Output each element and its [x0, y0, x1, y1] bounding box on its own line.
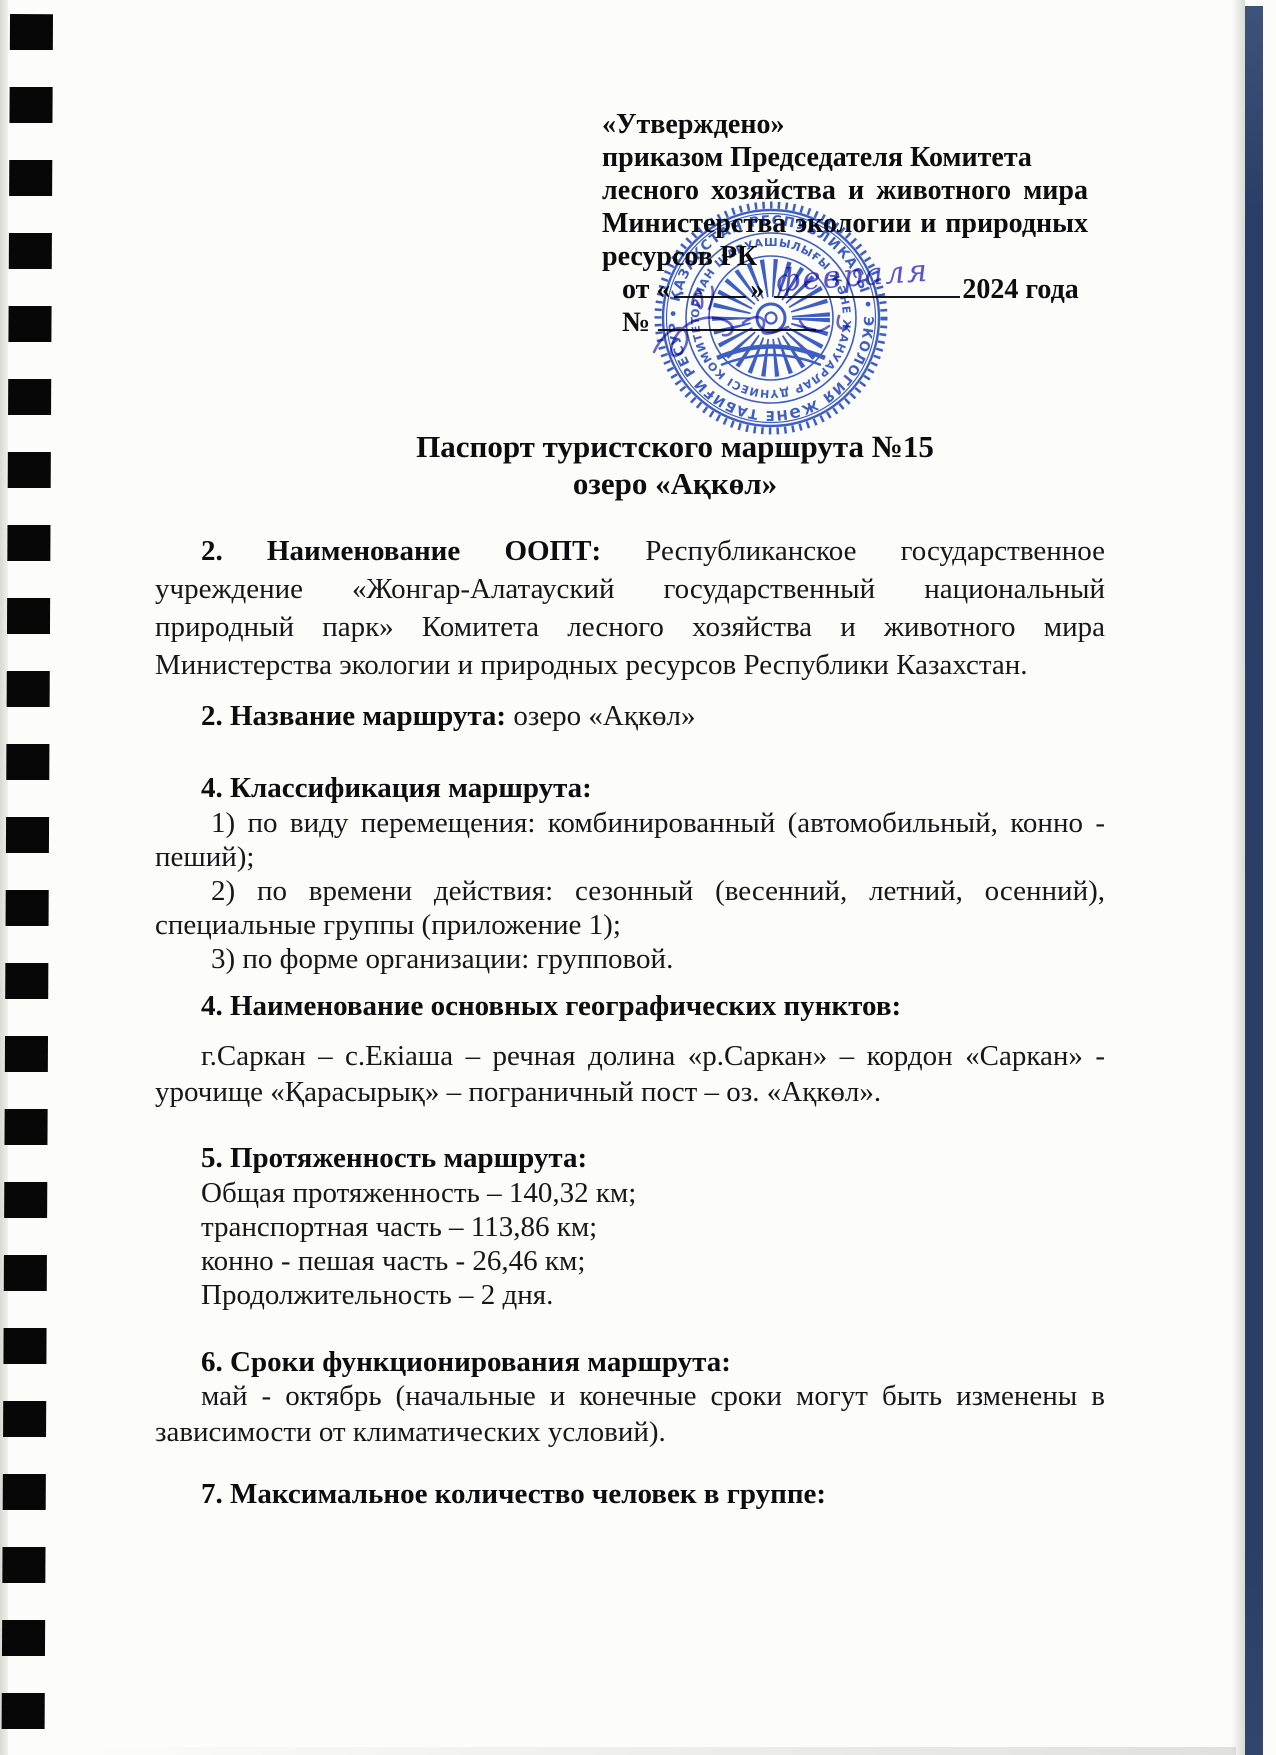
section-route-name-label: 2. Название маршрута:	[201, 700, 506, 732]
signature-scribble	[654, 316, 848, 356]
text-line: учреждение «Жонгар-Алатауский государств…	[155, 570, 1105, 608]
text-line: транспортная часть – 113,86 км;	[201, 1210, 1105, 1244]
section-classification-items: 1) по виду перемещения: комбинированный …	[155, 806, 1105, 976]
section-dates-heading: 6. Сроки функционирования маршрута:	[155, 1344, 1105, 1380]
binding-strip	[1, 14, 53, 1754]
text-line: пеший);	[155, 840, 1105, 874]
text-line: 2. Наименование ООПТ: Республиканское го…	[155, 532, 1105, 570]
section-length: 5. Протяженность маршрута:	[155, 1140, 1105, 1176]
section-dates-text: май - октябрь (начальные и конечные срок…	[155, 1378, 1105, 1450]
section-max-group: 7. Максимальное количество человек в гру…	[155, 1476, 1105, 1512]
section-geo-points: 4. Наименование основных географических …	[155, 988, 1105, 1024]
text-line: Продолжительность – 2 дня.	[201, 1278, 1105, 1312]
text-line: урочище «Қарасырық» – пограничный пост –…	[155, 1074, 1105, 1110]
handwritten-day-scribble	[692, 287, 713, 309]
ink-signature-overlay	[580, 240, 1020, 390]
text-line: 3) по форме организации: групповой.	[155, 942, 1105, 976]
text-line: 2. Название маршрута: озеро «Ақкөл»	[155, 698, 1105, 734]
text-line: май - октябрь (начальные и конечные срок…	[155, 1378, 1105, 1414]
section-oopt: 2. Наименование ООПТ: Республиканское го…	[155, 532, 1105, 684]
text-line: 2) по времени действия: сезонный (весенн…	[155, 874, 1105, 908]
section-geo-text: г.Саркан – с.Екіаша – речная долина «р.С…	[155, 1038, 1105, 1110]
page-right-navy-edge	[1245, 6, 1263, 1755]
section-operating-dates: 6. Сроки функционирования маршрута:	[155, 1344, 1105, 1380]
page-scan: «Утверждено» приказом Председателя Комит…	[0, 0, 1276, 1755]
text-line: конно - пешая часть - 26,46 км;	[201, 1244, 1105, 1278]
document-subtitle: озеро «Ақкөл»	[200, 467, 1150, 501]
text-run: Республиканское государственное	[601, 535, 1105, 567]
text-line: Общая протяженность – 140,32 км;	[201, 1176, 1105, 1210]
approval-line-1: «Утверждено»	[602, 108, 1088, 141]
text-line: г.Саркан – с.Екіаша – речная долина «р.С…	[155, 1038, 1105, 1074]
section-route-name: 2. Название маршрута: озеро «Ақкөл»	[155, 698, 1105, 734]
text-line: Министерства экологии и природных ресурс…	[155, 646, 1105, 684]
text-line: 1) по виду перемещения: комбинированный …	[155, 806, 1105, 840]
page-edge-shadow	[1231, 0, 1245, 1755]
text-line: специальные группы (приложение 1);	[155, 908, 1105, 942]
bottom-edge-shadow	[70, 1747, 1236, 1755]
document-title-block: Паспорт туристского маршрута №15 озеро «…	[200, 430, 1150, 501]
section-classification: 4. Классификация маршрута:	[155, 770, 1105, 806]
section-max-group-heading: 7. Максимальное количество человек в гру…	[155, 1476, 1105, 1512]
section-length-heading: 5. Протяженность маршрута:	[155, 1140, 1105, 1176]
section-geo-heading: 4. Наименование основных географических …	[155, 988, 1105, 1024]
section-length-lines: Общая протяженность – 140,32 км; транспо…	[155, 1176, 1105, 1312]
text-line: природный парк» Комитета лесного хозяйст…	[155, 608, 1105, 646]
text-line: зависимости от климатических условий).	[155, 1414, 1105, 1450]
document-title: Паспорт туристского маршрута №15	[200, 430, 1150, 464]
section-oopt-label: 2. Наименование ООПТ:	[201, 535, 601, 567]
text-run: озеро «Ақкөл»	[506, 700, 695, 732]
section-classification-heading: 4. Классификация маршрута:	[155, 770, 1105, 806]
